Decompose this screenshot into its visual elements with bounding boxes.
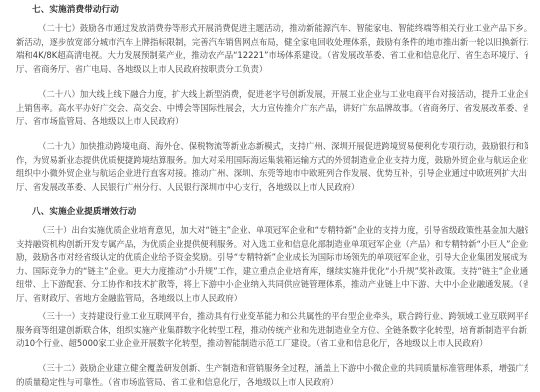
paragraph-line: 纽带、上下游配套、分工协作和技术扩散等，将上下游中小企业纳入共同供应链管理体系，… bbox=[16, 278, 528, 292]
paragraph-line: 的质量稳定性与可靠性。（省市场监管局、省工业和信息化厅，各地级以上市人民政府） bbox=[16, 376, 528, 390]
paragraph-line: 作，为贸易新业态提供优质便捷跨境结算服务。加大对采用国际海运集装箱运输方式的外贸… bbox=[16, 154, 528, 168]
paragraph-31: （三十一）支持建设行业工业互联网平台，推动具有行业变革能力和公共属性的平台型企业… bbox=[16, 310, 528, 351]
paragraph-line: 新活动，逐步放宽部分城市汽车上牌指标限制，完善汽车销售网点布局，健全家电回收处理… bbox=[16, 36, 528, 50]
paragraph-line: 厅、省发展改革委、人民银行广州分行、人民银行深圳市中心支行，各地级以上市人民政府… bbox=[16, 181, 528, 195]
paragraph-line: 上销售率。高水平办好广交会、高交会、中博会等国际性展会，大力宣传推介广东产品，讲… bbox=[16, 102, 528, 116]
paragraph-line: 厅、省财政厅、省地方金融监管局，各地级以上市人民政府） bbox=[16, 292, 528, 306]
paragraph-30: （三十）出台实施优质企业培育意见，加大对“链主”企业、单项冠军企业和“专精特新”… bbox=[16, 224, 528, 306]
paragraph-line: 支持融资机构创新开发专属产品，为优质企业提供便利服务。对入选工业和信息化部制造业… bbox=[16, 238, 528, 252]
paragraph-line: 端和4K/8K超高清电视。大力发展预制菜产业，推动农产品“12221”市场体系建… bbox=[16, 49, 528, 63]
paragraph-line: （二十八）加大线上线下融合力度，扩大线上新型消费，促进老字号创新发展，开展工业企… bbox=[16, 88, 528, 102]
paragraph-line: 力、国际竞争力的“链主”企业。更大力度推动“小升规”工作，建立重点企业培育库，继… bbox=[16, 265, 528, 279]
paragraph-line: 厅、省商务厅、省广电局、各地级以上市人民政府按职责分工负责） bbox=[16, 63, 528, 77]
paragraph-line: 动10个行业、超5000家工业企业开展数字化转型，推动智能制造示范工厂建设。（省… bbox=[16, 337, 528, 351]
paragraph-line: （三十）出台实施优质企业培育意见，加大对“链主”企业、单项冠军企业和“专精特新”… bbox=[16, 224, 528, 238]
paragraph-32: （三十二）鼓励企业建立健全覆盖研发创新、生产制造和营销服务全过程，涵盖上下游中小… bbox=[16, 362, 528, 389]
paragraph-27: （二十七）鼓励各市通过发放消费券等形式开展消费促进主题活动，推动新能源汽车、智能… bbox=[16, 22, 528, 76]
section-heading-7: 七、实施消费带动行动 bbox=[16, 4, 119, 17]
paragraph-line: 组织中小微外贸企业与航运企业进行直客对接。推动广州、深圳、东莞等地市中欧班列合作… bbox=[16, 167, 528, 181]
paragraph-line: （三十一）支持建设行业工业互联网平台，推动具有行业变革能力和公共属性的平台型企业… bbox=[16, 310, 528, 324]
paragraph-line: 励，鼓励各市对经省级认定的优质企业给予资金奖励。引导“专精特新”企业成长为国际市… bbox=[16, 251, 528, 265]
paragraph-line: （二十七）鼓励各市通过发放消费券等形式开展消费促进主题活动，推动新能源汽车、智能… bbox=[16, 22, 528, 36]
paragraph-line: 服务商等组建创新联合体，组织实施产业集群数字化转型工程，推动传统产业和先进制造业… bbox=[16, 324, 528, 338]
section-heading-8: 八、实施企业提质增效行动 bbox=[16, 206, 136, 219]
paragraph-line: 厅、省市场监管局、各地级以上市人民政府） bbox=[16, 115, 528, 129]
paragraph-line: （二十九）加快推动跨境电商、海外仓、保税物流等新业态新模式，支持广州、深圳开展促… bbox=[16, 140, 528, 154]
paragraph-line: （三十二）鼓励企业建立健全覆盖研发创新、生产制造和营销服务全过程，涵盖上下游中小… bbox=[16, 362, 528, 376]
paragraph-29: （二十九）加快推动跨境电商、海外仓、保税物流等新业态新模式，支持广州、深圳开展促… bbox=[16, 140, 528, 194]
document-page: 七、实施消费带动行动 （二十七）鼓励各市通过发放消费券等形式开展消费促进主题活动… bbox=[0, 0, 540, 392]
paragraph-28: （二十八）加大线上线下融合力度，扩大线上新型消费，促进老字号创新发展，开展工业企… bbox=[16, 88, 528, 129]
